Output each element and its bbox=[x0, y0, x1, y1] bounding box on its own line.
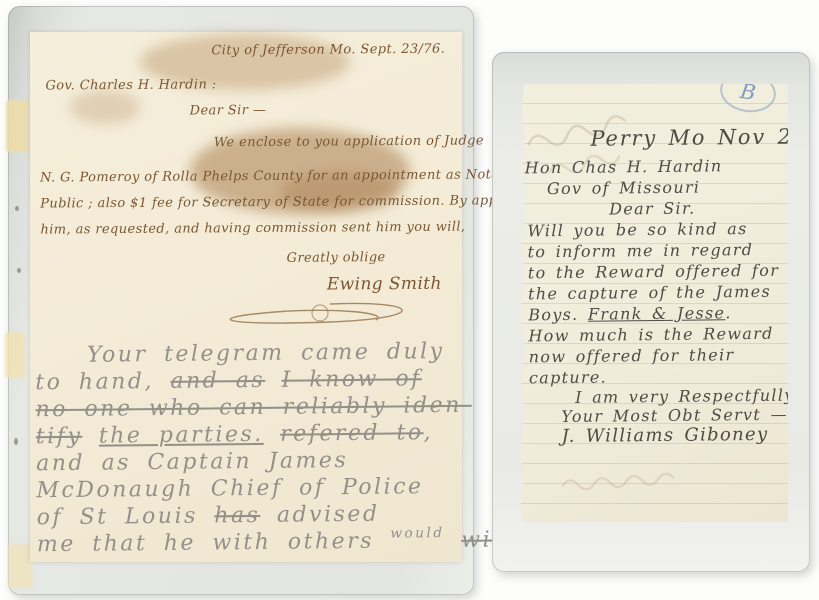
tape-remnant bbox=[5, 332, 25, 378]
handwritten-line: Dear Sir — bbox=[190, 96, 482, 124]
handwritten-segment: McDonaugh Chief of Police bbox=[36, 474, 423, 503]
handwritten-segment: Hon Chas H. Hardin bbox=[525, 156, 723, 177]
handwritten-segment bbox=[264, 422, 281, 447]
handwritten-segment: and as Captain James bbox=[36, 448, 348, 476]
handwritten-segment: the capture of the James bbox=[528, 282, 771, 304]
handwritten-segment: to hand, bbox=[35, 369, 170, 395]
handwritten-segment: Dear Sir — bbox=[190, 103, 267, 119]
handwritten-segment: Will you be so kind as bbox=[527, 219, 747, 240]
handwritten-segment: Ewing Smith bbox=[327, 274, 442, 295]
edge-speck bbox=[14, 438, 18, 445]
handwritten-segment: J. Williams Giboney bbox=[561, 424, 768, 447]
handwritten-line: to inform me in regard bbox=[528, 239, 788, 263]
handwritten-line: Greatly oblige bbox=[287, 244, 483, 271]
handwritten-segment: Public ; also $1 fee for Secretary of St… bbox=[40, 193, 546, 212]
right-letter-sleeve: B Perry Mo Nov 20th —Hon Chas H. HardinG… bbox=[492, 52, 810, 572]
annotation-letter: B bbox=[738, 79, 757, 105]
signature-flourish bbox=[180, 298, 440, 332]
show-through-writing bbox=[557, 460, 738, 498]
handwritten-segment: Your telegram came duly bbox=[87, 339, 445, 368]
handwritten-segment bbox=[82, 424, 99, 449]
handwritten-segment: . bbox=[725, 303, 732, 322]
handwritten-segment: I am very Respectfully, bbox=[575, 386, 799, 407]
left-letter-paper: City of Jefferson Mo. Sept. 23/76.Gov. C… bbox=[30, 32, 462, 562]
handwritten-segment bbox=[445, 528, 462, 553]
right-letter-text: Perry Mo Nov 20th —Hon Chas H. HardinGov… bbox=[524, 127, 789, 449]
handwritten-line: tify the parties. refered to, bbox=[36, 419, 474, 451]
handwritten-segment: tify bbox=[36, 424, 83, 449]
handwritten-line: Your Most Obt Servt — bbox=[561, 405, 789, 426]
handwritten-line: McDonaugh Chief of Police bbox=[36, 473, 474, 505]
handwritten-segment: Boys. bbox=[528, 305, 588, 325]
handwritten-line: to the Reward offered for bbox=[528, 260, 788, 284]
handwritten-line: City of Jefferson Mo. Sept. 23/76. bbox=[37, 36, 481, 65]
handwritten-segment: of St Louis bbox=[37, 503, 215, 530]
handwritten-segment: We enclose to you application of Judge bbox=[214, 133, 484, 150]
handwritten-line: Public ; also $1 fee for Secretary of St… bbox=[40, 188, 482, 217]
handwritten-segment: Your Most Obt Servt — bbox=[561, 405, 788, 426]
handwritten-line: Boys. Frank & Jesse. bbox=[528, 302, 788, 326]
edge-speck bbox=[17, 268, 21, 273]
handwritten-segment: me that he with others bbox=[37, 529, 391, 558]
handwritten-segment: has bbox=[214, 503, 260, 528]
handwritten-segment: would bbox=[390, 525, 444, 542]
handwritten-segment: no one who can reliably iden- bbox=[35, 393, 471, 423]
handwritten-line: Ewing Smith bbox=[327, 270, 483, 297]
handwritten-segment: N. G. Pomeroy of Rolla Phelps County for… bbox=[40, 167, 514, 185]
handwritten-line: now offered for their bbox=[529, 344, 789, 368]
edge-speck bbox=[15, 206, 19, 211]
left-letter-sleeve: City of Jefferson Mo. Sept. 23/76.Gov. C… bbox=[8, 6, 474, 595]
left-letter-pencil-draft: Your telegram came dulyto hand, and as I… bbox=[35, 338, 475, 562]
handwritten-segment: the parties. bbox=[99, 422, 264, 449]
tape-remnant bbox=[8, 544, 32, 588]
handwritten-segment: capture. bbox=[529, 368, 607, 388]
handwritten-segment: Dear Sir. bbox=[609, 199, 696, 219]
handwritten-line: Your telegram came duly bbox=[87, 338, 473, 369]
handwritten-line: We enclose to you application of Judge bbox=[214, 128, 482, 156]
handwritten-segment: now offered for their bbox=[529, 345, 735, 366]
handwritten-segment: advised bbox=[260, 502, 379, 528]
right-letter-paper: B Perry Mo Nov 20th —Hon Chas H. HardinG… bbox=[520, 84, 788, 522]
handwritten-segment: to the Reward offered for bbox=[528, 261, 779, 283]
handwritten-segment: Frank & Jesse bbox=[588, 303, 726, 323]
handwritten-line: Perry Mo Nov 20th — bbox=[590, 127, 786, 150]
handwritten-segment: I know of bbox=[282, 366, 422, 392]
handwritten-line: How much is the Reward bbox=[528, 323, 788, 347]
handwritten-line: Dear Sir. bbox=[609, 197, 787, 220]
handwritten-line: Will you be so kind as bbox=[527, 218, 787, 242]
handwritten-line: capture. bbox=[529, 365, 789, 389]
handwritten-segment: , bbox=[423, 420, 433, 445]
handwritten-segment: him, as requested, and having commission… bbox=[40, 220, 465, 238]
handwritten-segment: and as bbox=[170, 368, 265, 394]
handwritten-line: Hon Chas H. Hardin bbox=[525, 155, 787, 179]
handwritten-segment: Gov of Missouri bbox=[547, 178, 701, 199]
tape-remnant bbox=[6, 100, 28, 152]
handwritten-segment: refered to bbox=[280, 420, 424, 447]
handwritten-segment: Gov. Charles H. Hardin : bbox=[45, 77, 216, 93]
annotation-circled-b: B bbox=[717, 68, 779, 116]
handwritten-line: J. Williams Giboney bbox=[561, 424, 789, 448]
handwritten-segment: Greatly oblige bbox=[287, 250, 386, 266]
handwritten-line: Gov of Missouri bbox=[547, 176, 787, 200]
handwritten-line: N. G. Pomeroy of Rolla Phelps County for… bbox=[40, 162, 482, 191]
handwritten-line: the capture of the James bbox=[528, 281, 788, 305]
handwritten-segment bbox=[265, 368, 282, 393]
handwritten-line: Gov. Charles H. Hardin : bbox=[45, 70, 481, 99]
handwritten-line: him, as requested, and having commission… bbox=[40, 214, 482, 243]
photo-of-two-letters: City of Jefferson Mo. Sept. 23/76.Gov. C… bbox=[0, 0, 819, 600]
handwritten-segment: to inform me in regard bbox=[528, 240, 754, 261]
handwritten-segment: How much is the Reward bbox=[528, 324, 773, 346]
handwritten-segment: City of Jefferson Mo. Sept. 23/76. bbox=[211, 42, 445, 59]
handwritten-line: I am very Respectfully, bbox=[575, 386, 789, 407]
handwritten-line: me that he with others would will bbox=[37, 527, 475, 562]
left-letter-ink-text: City of Jefferson Mo. Sept. 23/76.Gov. C… bbox=[37, 36, 483, 299]
handwritten-segment: Perry Mo Nov 20th — bbox=[590, 124, 819, 151]
